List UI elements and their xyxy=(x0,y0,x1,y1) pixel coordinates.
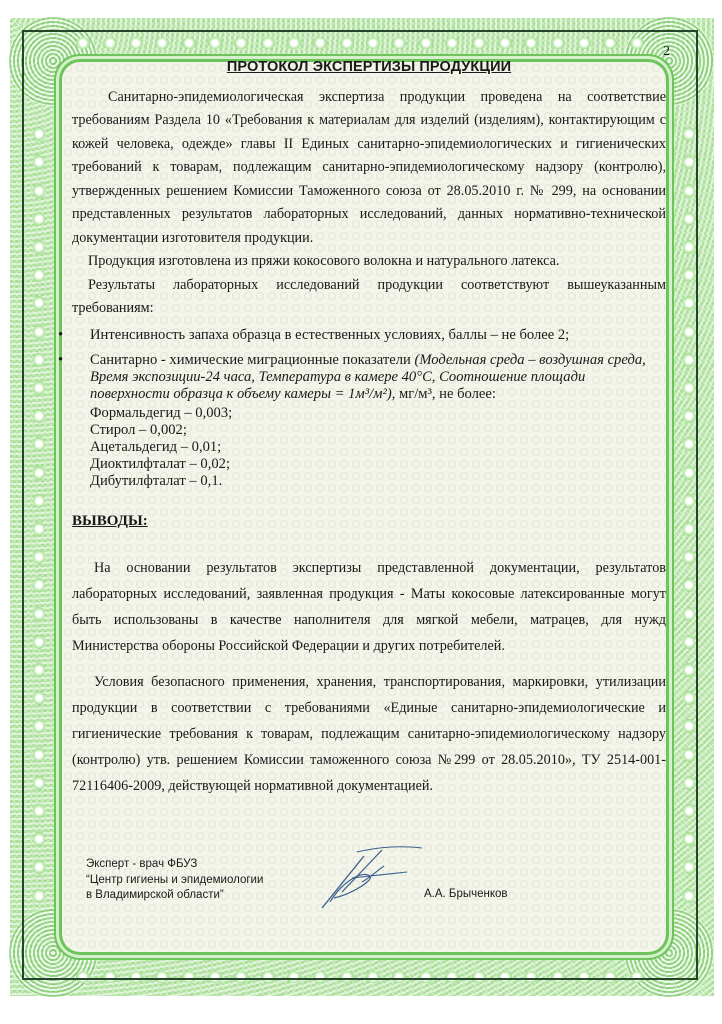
substance-limits: Формальдегид – 0,003; Стирол – 0,002; Ац… xyxy=(72,405,666,490)
handwritten-signature-icon xyxy=(312,842,432,912)
substance-row: Стирол – 0,002; xyxy=(90,422,666,439)
list-item: • Санитарно - химические миграционные по… xyxy=(72,352,666,403)
requirements-list: • Интенсивность запаха образца в естеств… xyxy=(72,327,666,403)
bullet-icon: • xyxy=(58,327,63,344)
bullet-icon: • xyxy=(58,352,63,369)
conclusion-paragraph-2: Условия безопасного применения, хранения… xyxy=(72,669,666,799)
material-paragraph: Продукция изготовлена из пряжи кокосовог… xyxy=(72,250,666,274)
conclusion-paragraph-1: На основании результатов экспертизы пред… xyxy=(72,555,666,659)
intro-paragraph: Санитарно-эпидемиологическая экспертиза … xyxy=(72,86,666,251)
odor-requirement: Интенсивность запаха образца в естествен… xyxy=(90,327,569,343)
signer-name: А.А. Брыченков xyxy=(424,888,508,900)
conclusions-heading: ВЫВОДЫ: xyxy=(72,510,666,534)
substance-row: Ацетальдегид – 0,01; xyxy=(90,439,666,456)
migration-indicators-label: Санитарно - химические миграционные пока… xyxy=(90,352,414,368)
substance-row: Диоктилфталат – 0,02; xyxy=(90,456,666,473)
units-label: , мг/м³, не более: xyxy=(392,386,496,402)
list-item: • Интенсивность запаха образца в естеств… xyxy=(72,327,666,344)
expert-organization: “Центр гигиены и эпидемиологии xyxy=(86,873,263,889)
expert-credentials: Эксперт - врач ФБУЗ “Центр гигиены и эпи… xyxy=(86,857,263,904)
results-paragraph: Результаты лабораторных исследований про… xyxy=(72,274,666,321)
substance-row: Формальдегид – 0,003; xyxy=(90,405,666,422)
expert-region: в Владимирской области” xyxy=(86,888,263,904)
substance-row: Дибутилфталат – 0,1. xyxy=(90,473,666,490)
document-title: ПРОТОКОЛ ЭКСПЕРТИЗЫ ПРОДУКЦИИ xyxy=(72,56,666,80)
expert-title: Эксперт - врач ФБУЗ xyxy=(86,857,263,873)
document-content: ПРОТОКОЛ ЭКСПЕРТИЗЫ ПРОДУКЦИИ Санитарно-… xyxy=(72,56,666,809)
